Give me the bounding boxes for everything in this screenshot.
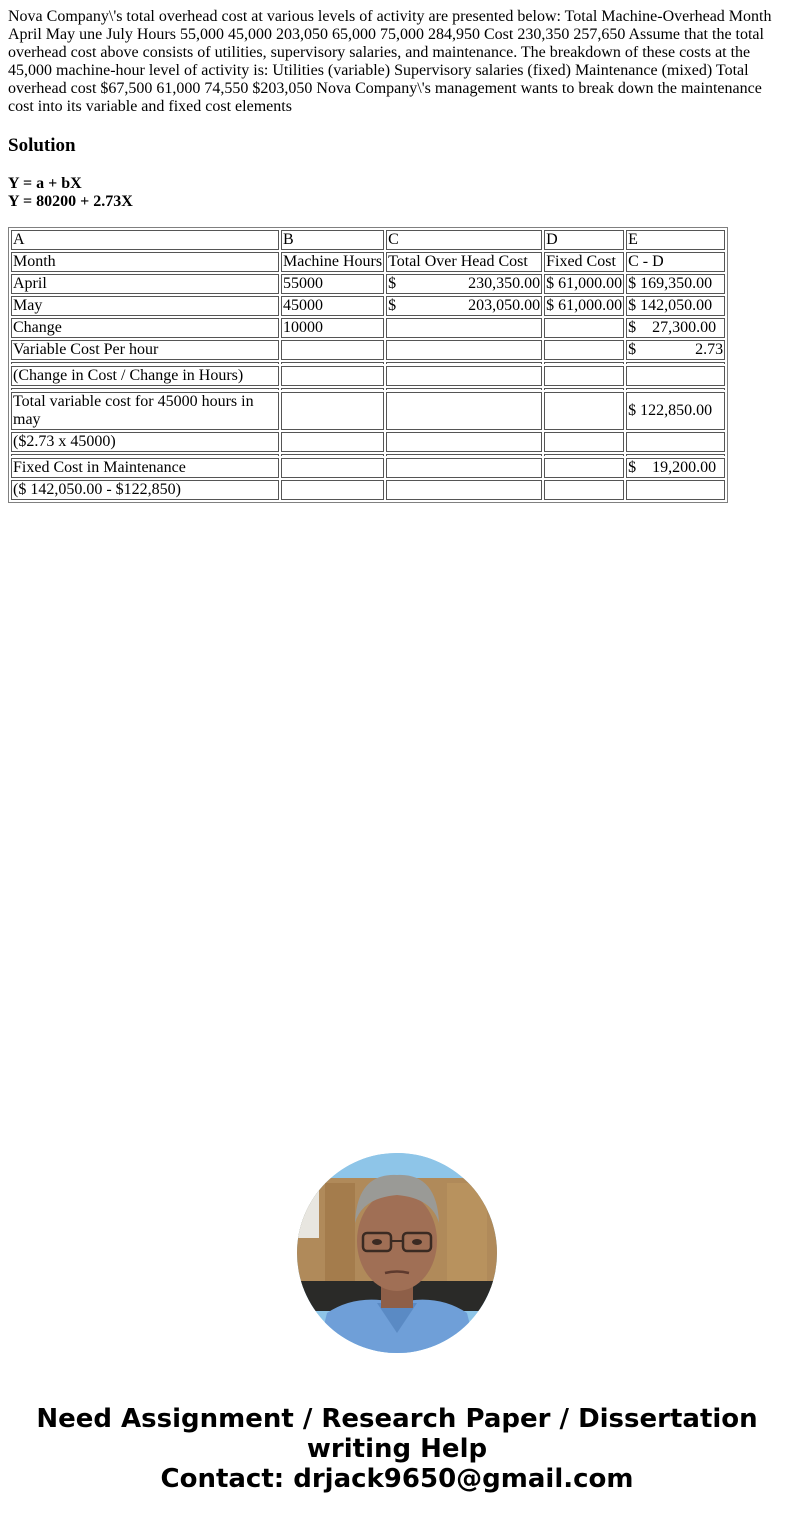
table-cell: [386, 318, 542, 338]
table-separator-row: [11, 362, 725, 364]
table-row: Fixed Cost in Maintenance $ 19,200.00: [11, 458, 725, 478]
table-cell: Month: [11, 252, 279, 272]
table-cell: [386, 458, 542, 478]
table-row: Total variable cost for 45000 hours in m…: [11, 392, 725, 430]
promo-banner: Need Assignment / Research Paper / Disse…: [0, 1404, 794, 1494]
table-row: April 55000 $ 230,350.00 $ 61,000.00 $ 1…: [11, 274, 725, 294]
table-cell: [281, 366, 384, 386]
table-separator-row: [11, 454, 725, 456]
table-cell: $ 122,850.00: [626, 392, 725, 430]
currency-symbol: $: [628, 459, 636, 477]
table-cell: $ 61,000.00: [544, 296, 624, 316]
currency-symbol: $: [628, 319, 636, 337]
table-cell: April: [11, 274, 279, 294]
table-cell: Total Over Head Cost: [386, 252, 542, 272]
table-cell: Change: [11, 318, 279, 338]
table-row: (Change in Cost / Change in Hours): [11, 366, 725, 386]
table-row: Month Machine Hours Total Over Head Cost…: [11, 252, 725, 272]
table-cell: $ 169,350.00: [626, 274, 725, 294]
table-cell: 10000: [281, 318, 384, 338]
table-row: Variable Cost Per hour $ 2.73: [11, 340, 725, 360]
table-row: Change 10000 $ 27,300.00: [11, 318, 725, 338]
table-cell: $ 27,300.00: [626, 318, 725, 338]
table-cell: [544, 480, 624, 500]
table-cell: Machine Hours: [281, 252, 384, 272]
table-cell: $ 61,000.00: [544, 274, 624, 294]
table-cell: D: [544, 230, 624, 250]
table-cell: [544, 366, 624, 386]
amount: 19,200.00: [652, 459, 723, 477]
table-cell: [544, 318, 624, 338]
equation-specific: Y = 80200 + 2.73X: [8, 193, 133, 211]
table-cell: [544, 432, 624, 452]
table-cell: [281, 340, 384, 360]
table-cell: 45000: [281, 296, 384, 316]
table-cell: C: [386, 230, 542, 250]
table-separator-row: [11, 388, 725, 390]
table-cell: Variable Cost Per hour: [11, 340, 279, 360]
amount: 2.73: [695, 341, 723, 359]
currency-symbol: $: [388, 275, 396, 293]
solution-heading: Solution: [8, 135, 76, 157]
table-cell: [386, 340, 542, 360]
equations: Y = a + bX Y = 80200 + 2.73X: [8, 175, 133, 211]
table-cell: [281, 432, 384, 452]
table-cell: $ 230,350.00: [386, 274, 542, 294]
table-cell: ($ 142,050.00 - $122,850): [11, 480, 279, 500]
table-cell: [281, 392, 384, 430]
table-cell: $ 142,050.00: [626, 296, 725, 316]
person-photo-icon: [297, 1153, 497, 1353]
equation-general: Y = a + bX: [8, 175, 133, 193]
table-cell: [544, 458, 624, 478]
table-row: ($ 142,050.00 - $122,850): [11, 480, 725, 500]
amount: 230,350.00: [468, 275, 540, 293]
currency-symbol: $: [628, 341, 636, 359]
currency-symbol: $: [388, 297, 396, 315]
table-cell: [544, 340, 624, 360]
promo-line-2: writing Help: [0, 1434, 794, 1464]
table-cell: Fixed Cost: [544, 252, 624, 272]
table-cell: Total variable cost for 45000 hours in m…: [11, 392, 279, 430]
table-cell: [626, 480, 725, 500]
solution-table: A B C D E Month Machine Hours Total Over…: [8, 227, 728, 503]
table-cell: $ 19,200.00: [626, 458, 725, 478]
table-cell: [386, 366, 542, 386]
table-cell: C - D: [626, 252, 725, 272]
amount: 203,050.00: [468, 297, 540, 315]
table-cell: A: [11, 230, 279, 250]
table-cell: (Change in Cost / Change in Hours): [11, 366, 279, 386]
table-row: ($2.73 x 45000): [11, 432, 725, 452]
amount: 27,300.00: [652, 319, 723, 337]
table-cell: 55000: [281, 274, 384, 294]
table-row: May 45000 $ 203,050.00 $ 61,000.00 $ 142…: [11, 296, 725, 316]
table-cell: [386, 480, 542, 500]
table-cell: [281, 458, 384, 478]
table-cell: B: [281, 230, 384, 250]
promo-line-1: Need Assignment / Research Paper / Disse…: [0, 1404, 794, 1434]
table-cell: [544, 392, 624, 430]
table-cell: $ 2.73: [626, 340, 725, 360]
table-cell: [281, 480, 384, 500]
promo-contact: Contact: drjack9650@gmail.com: [0, 1464, 794, 1494]
table-cell: $ 203,050.00: [386, 296, 542, 316]
question-text: Nova Company\'s total overhead cost at v…: [8, 8, 786, 116]
author-avatar: [297, 1153, 497, 1353]
table-cell: [626, 366, 725, 386]
table-row: A B C D E: [11, 230, 725, 250]
table-cell: May: [11, 296, 279, 316]
table-cell: ($2.73 x 45000): [11, 432, 279, 452]
table-cell: [386, 392, 542, 430]
table-cell: Fixed Cost in Maintenance: [11, 458, 279, 478]
table-cell: [386, 432, 542, 452]
table-cell: [626, 432, 725, 452]
table-cell: E: [626, 230, 725, 250]
